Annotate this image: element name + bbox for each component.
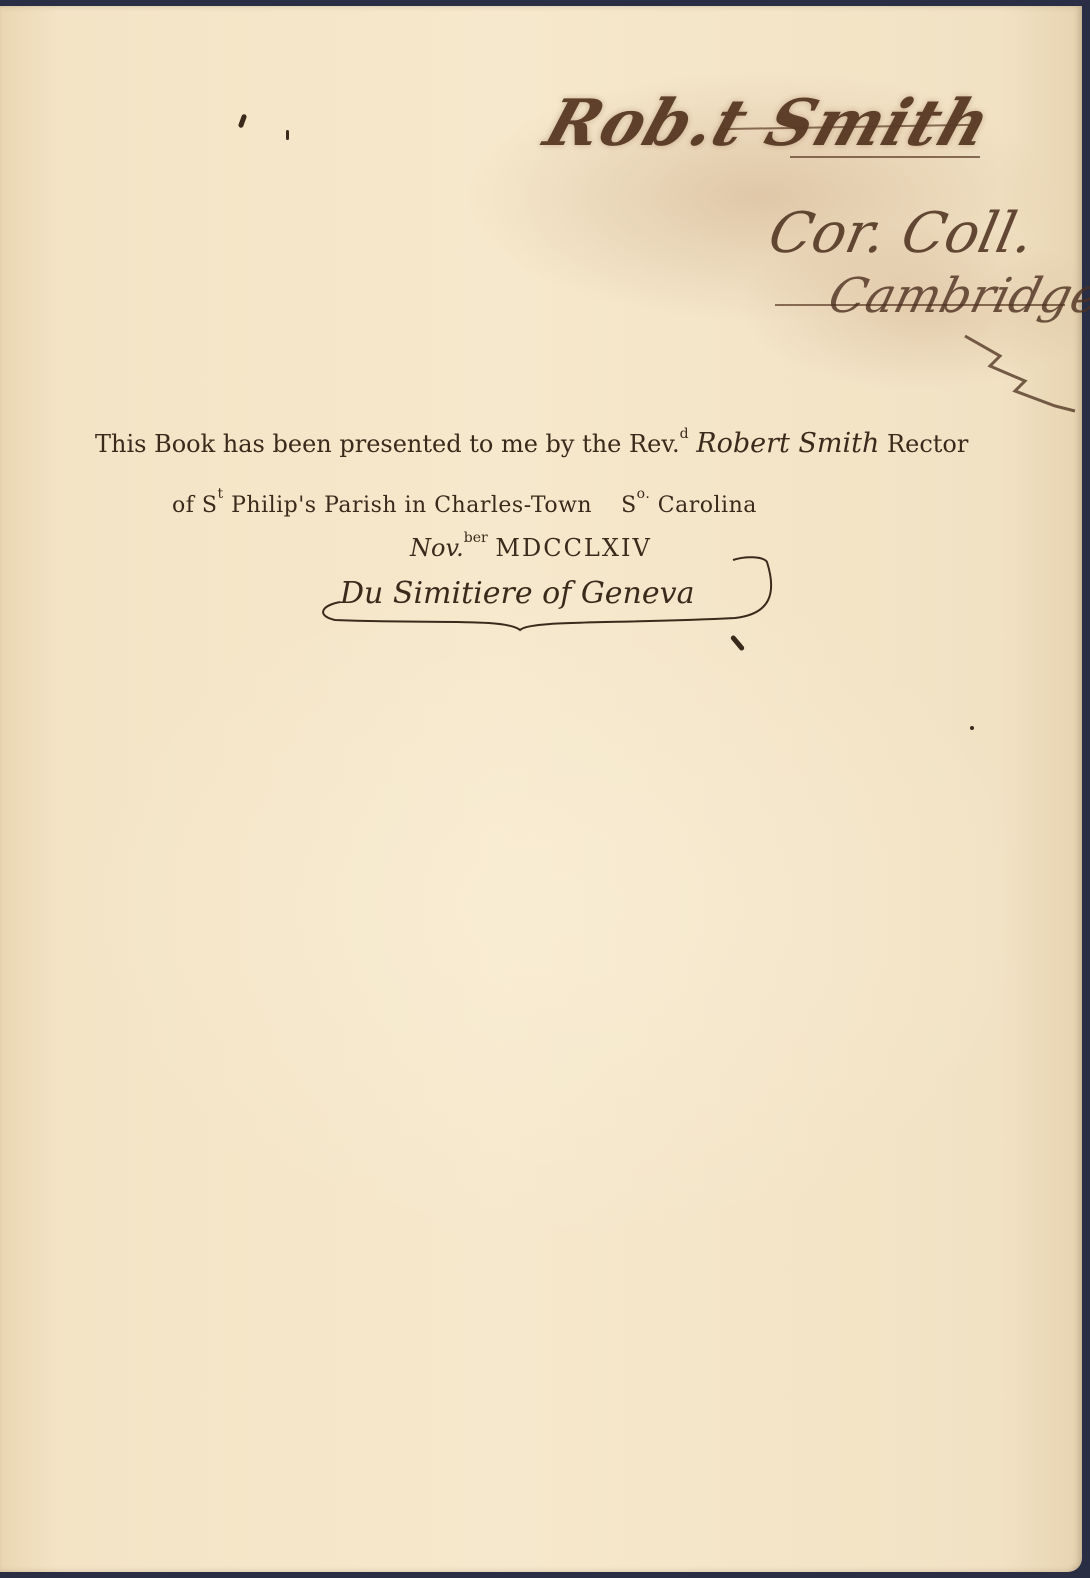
parish-text: Philip's Parish in Charles-Town [231,493,592,518]
ink-mark [970,726,974,730]
ink-mark [238,114,247,129]
zigzag-flourish-icon [960,326,1080,416]
inscription-text: This Book has been presented to me by th… [95,430,680,458]
signature-college: Cor. Coll. [763,201,1040,266]
signature-underline-2 [790,156,980,158]
inscription-text: of S [172,493,217,518]
carolina-text: Carolina [658,493,757,518]
name-robert-smith: Robert Smith [696,428,879,459]
title-rector: Rector [887,430,968,458]
signature-cambridge: Cambridge [823,268,1090,324]
superscript: o. [637,486,651,502]
superscript: ber [464,530,488,546]
superscript: d [680,426,689,442]
inscription-line-2: of St Philip's Parish in Charles-Town So… [172,486,757,518]
south-abbrev: S [621,493,637,518]
book-page: Rob.t Smith Cor. Coll. Cambridge This Bo… [0,6,1082,1572]
inscription-line-1: This Book has been presented to me by th… [95,426,968,459]
superscript: t [217,486,223,502]
bracket-flourish-icon [315,554,785,644]
ink-mark [286,130,289,140]
